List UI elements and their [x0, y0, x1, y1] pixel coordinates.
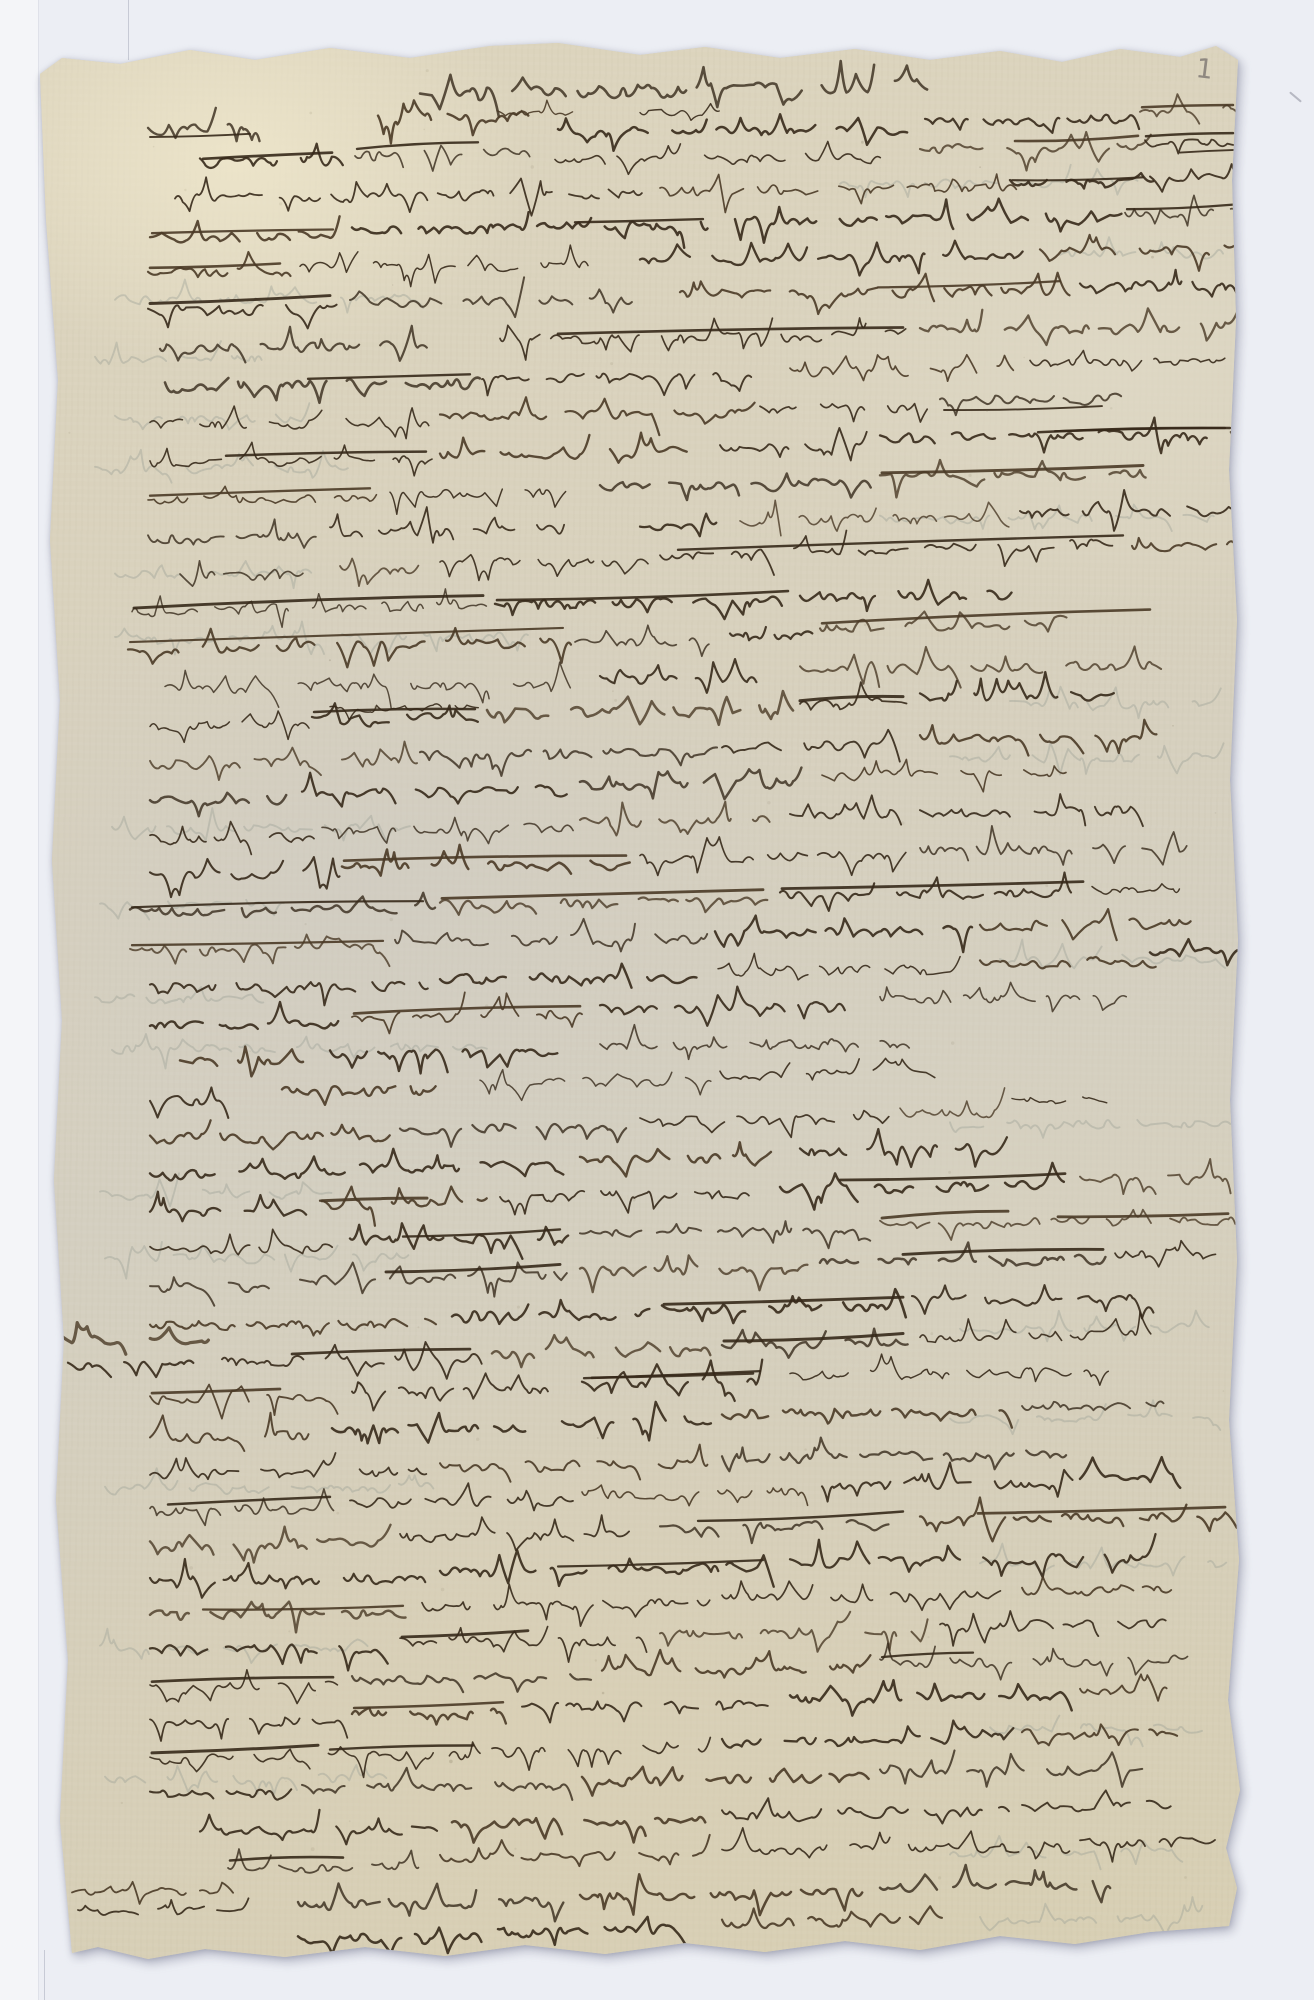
handwriting-layer — [0, 0, 1314, 2000]
manuscript-scan: 1 — [0, 0, 1314, 2000]
paper-sheet: 1 — [0, 0, 1314, 2000]
page-number: 1 — [1194, 55, 1215, 84]
paper-surface: 1 — [0, 0, 1314, 2000]
